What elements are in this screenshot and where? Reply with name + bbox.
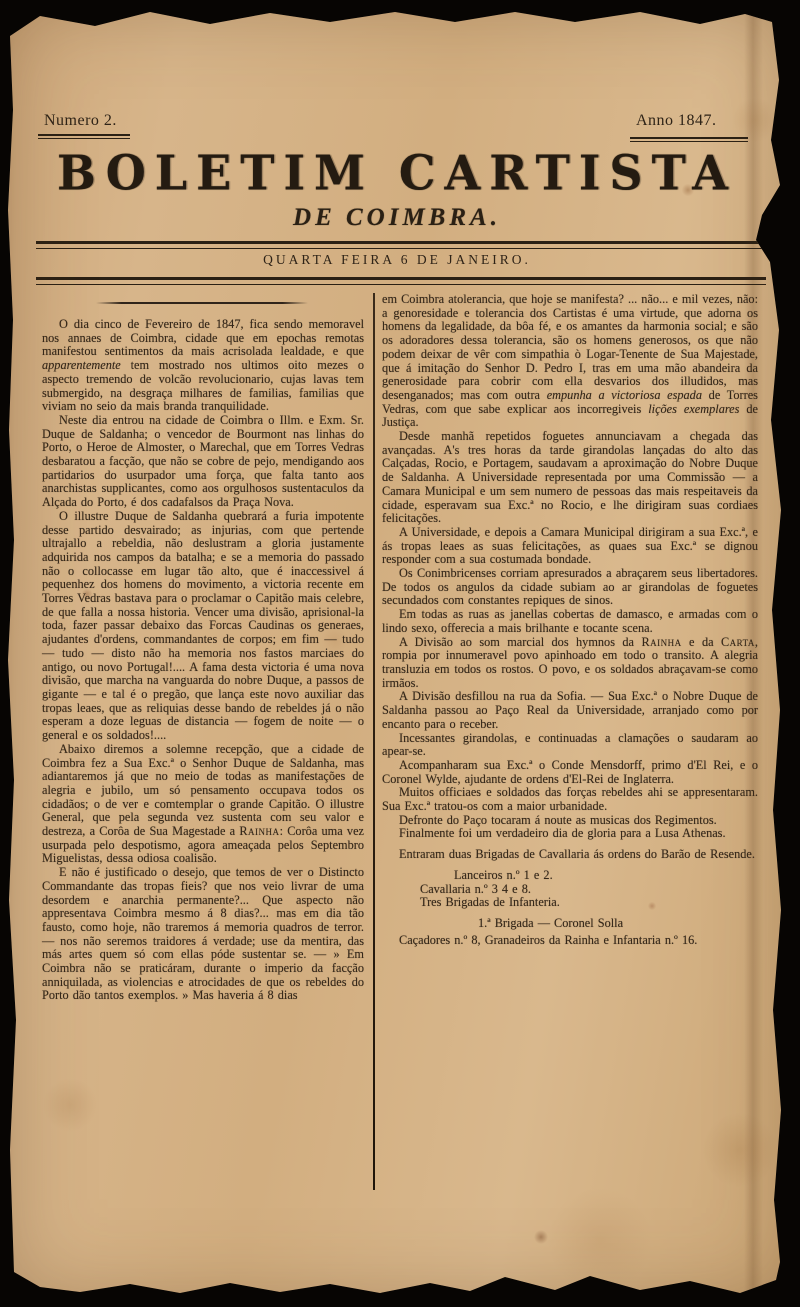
paragraph: A Divisão ao som marcial dos hymnos da R… bbox=[382, 636, 758, 691]
paragraph: A Divisão desfillou na rua da Sofia. — S… bbox=[382, 690, 758, 731]
paragraph: 1.ª Brigada — Coronel Solla bbox=[478, 917, 758, 931]
year-label: Anno 1847. bbox=[636, 112, 717, 130]
paragraph: Desde manhã repetidos foguetes annunciav… bbox=[382, 430, 758, 526]
paragraph: Defronte do Paço tocaram á noute as musi… bbox=[382, 814, 758, 828]
paragraph: Abaixo diremos a solemne recepção, que a… bbox=[42, 743, 364, 866]
bottom-double-rule bbox=[36, 277, 766, 285]
paragraph: Incessantes girandolas, e continuadas a … bbox=[382, 732, 758, 759]
article-body: O dia cinco de Fevereiro de 1847, fica s… bbox=[42, 293, 758, 1190]
paragraph: A Universidade, e depois a Camara Munici… bbox=[382, 526, 758, 567]
paragraph: O dia cinco de Fevereiro de 1847, fica s… bbox=[42, 318, 364, 414]
top-double-rule bbox=[36, 241, 766, 249]
column-divider bbox=[373, 293, 375, 1190]
paragraph: Finalmente foi um verdadeiro dia de glor… bbox=[382, 827, 758, 841]
ornament-rule bbox=[96, 302, 308, 304]
paragraph: O illustre Duque de Saldanha quebrará a … bbox=[42, 510, 364, 743]
left-column: O dia cinco de Fevereiro de 1847, fica s… bbox=[42, 293, 364, 1003]
paragraph: Tres Brigadas de Infanteria. bbox=[420, 896, 758, 910]
issue-number: Numero 2. bbox=[44, 112, 117, 130]
paragraph: Lanceiros n.º 1 e 2. bbox=[454, 869, 758, 883]
newspaper-title: BOLETIM CARTISTA bbox=[0, 145, 794, 201]
newspaper-subtitle: DE COIMBRA. bbox=[0, 204, 794, 232]
paragraph: Caçadores n.º 8, Granadeiros da Rainha e… bbox=[382, 934, 758, 948]
paragraph: Acompanharam sua Exc.ª o Conde Mensdorff… bbox=[382, 759, 758, 786]
paragraph: Em todas as ruas as janellas cobertas de… bbox=[382, 608, 758, 635]
right-column: em Coimbra atolerancia, que hoje se mani… bbox=[382, 293, 758, 947]
paragraph: Muitos officiaes e soldados das forças r… bbox=[382, 786, 758, 813]
scan-background: { "masthead": { "issue_number": "Numero … bbox=[0, 0, 800, 1307]
newspaper-page: Numero 2. Anno 1847. BOLETIM CARTISTA DE… bbox=[0, 0, 800, 1307]
paragraph: Entraram duas Brigadas de Cavallaria ás … bbox=[382, 848, 758, 862]
paragraph: Cavallaria n.º 3 4 e 8. bbox=[420, 883, 758, 897]
paragraph: Neste dia entrou na cidade de Coimbra o … bbox=[42, 414, 364, 510]
year-underline bbox=[630, 137, 748, 142]
paragraph: em Coimbra atolerancia, que hoje se mani… bbox=[382, 293, 758, 430]
paragraph: Os Conimbricenses corriam apresurados a … bbox=[382, 567, 758, 608]
paragraph: E não é justificado o desejo, que temos … bbox=[42, 866, 364, 1003]
dateline: QUARTA FEIRA 6 DE JANEIRO. bbox=[0, 252, 794, 268]
issue-number-underline bbox=[38, 134, 130, 139]
